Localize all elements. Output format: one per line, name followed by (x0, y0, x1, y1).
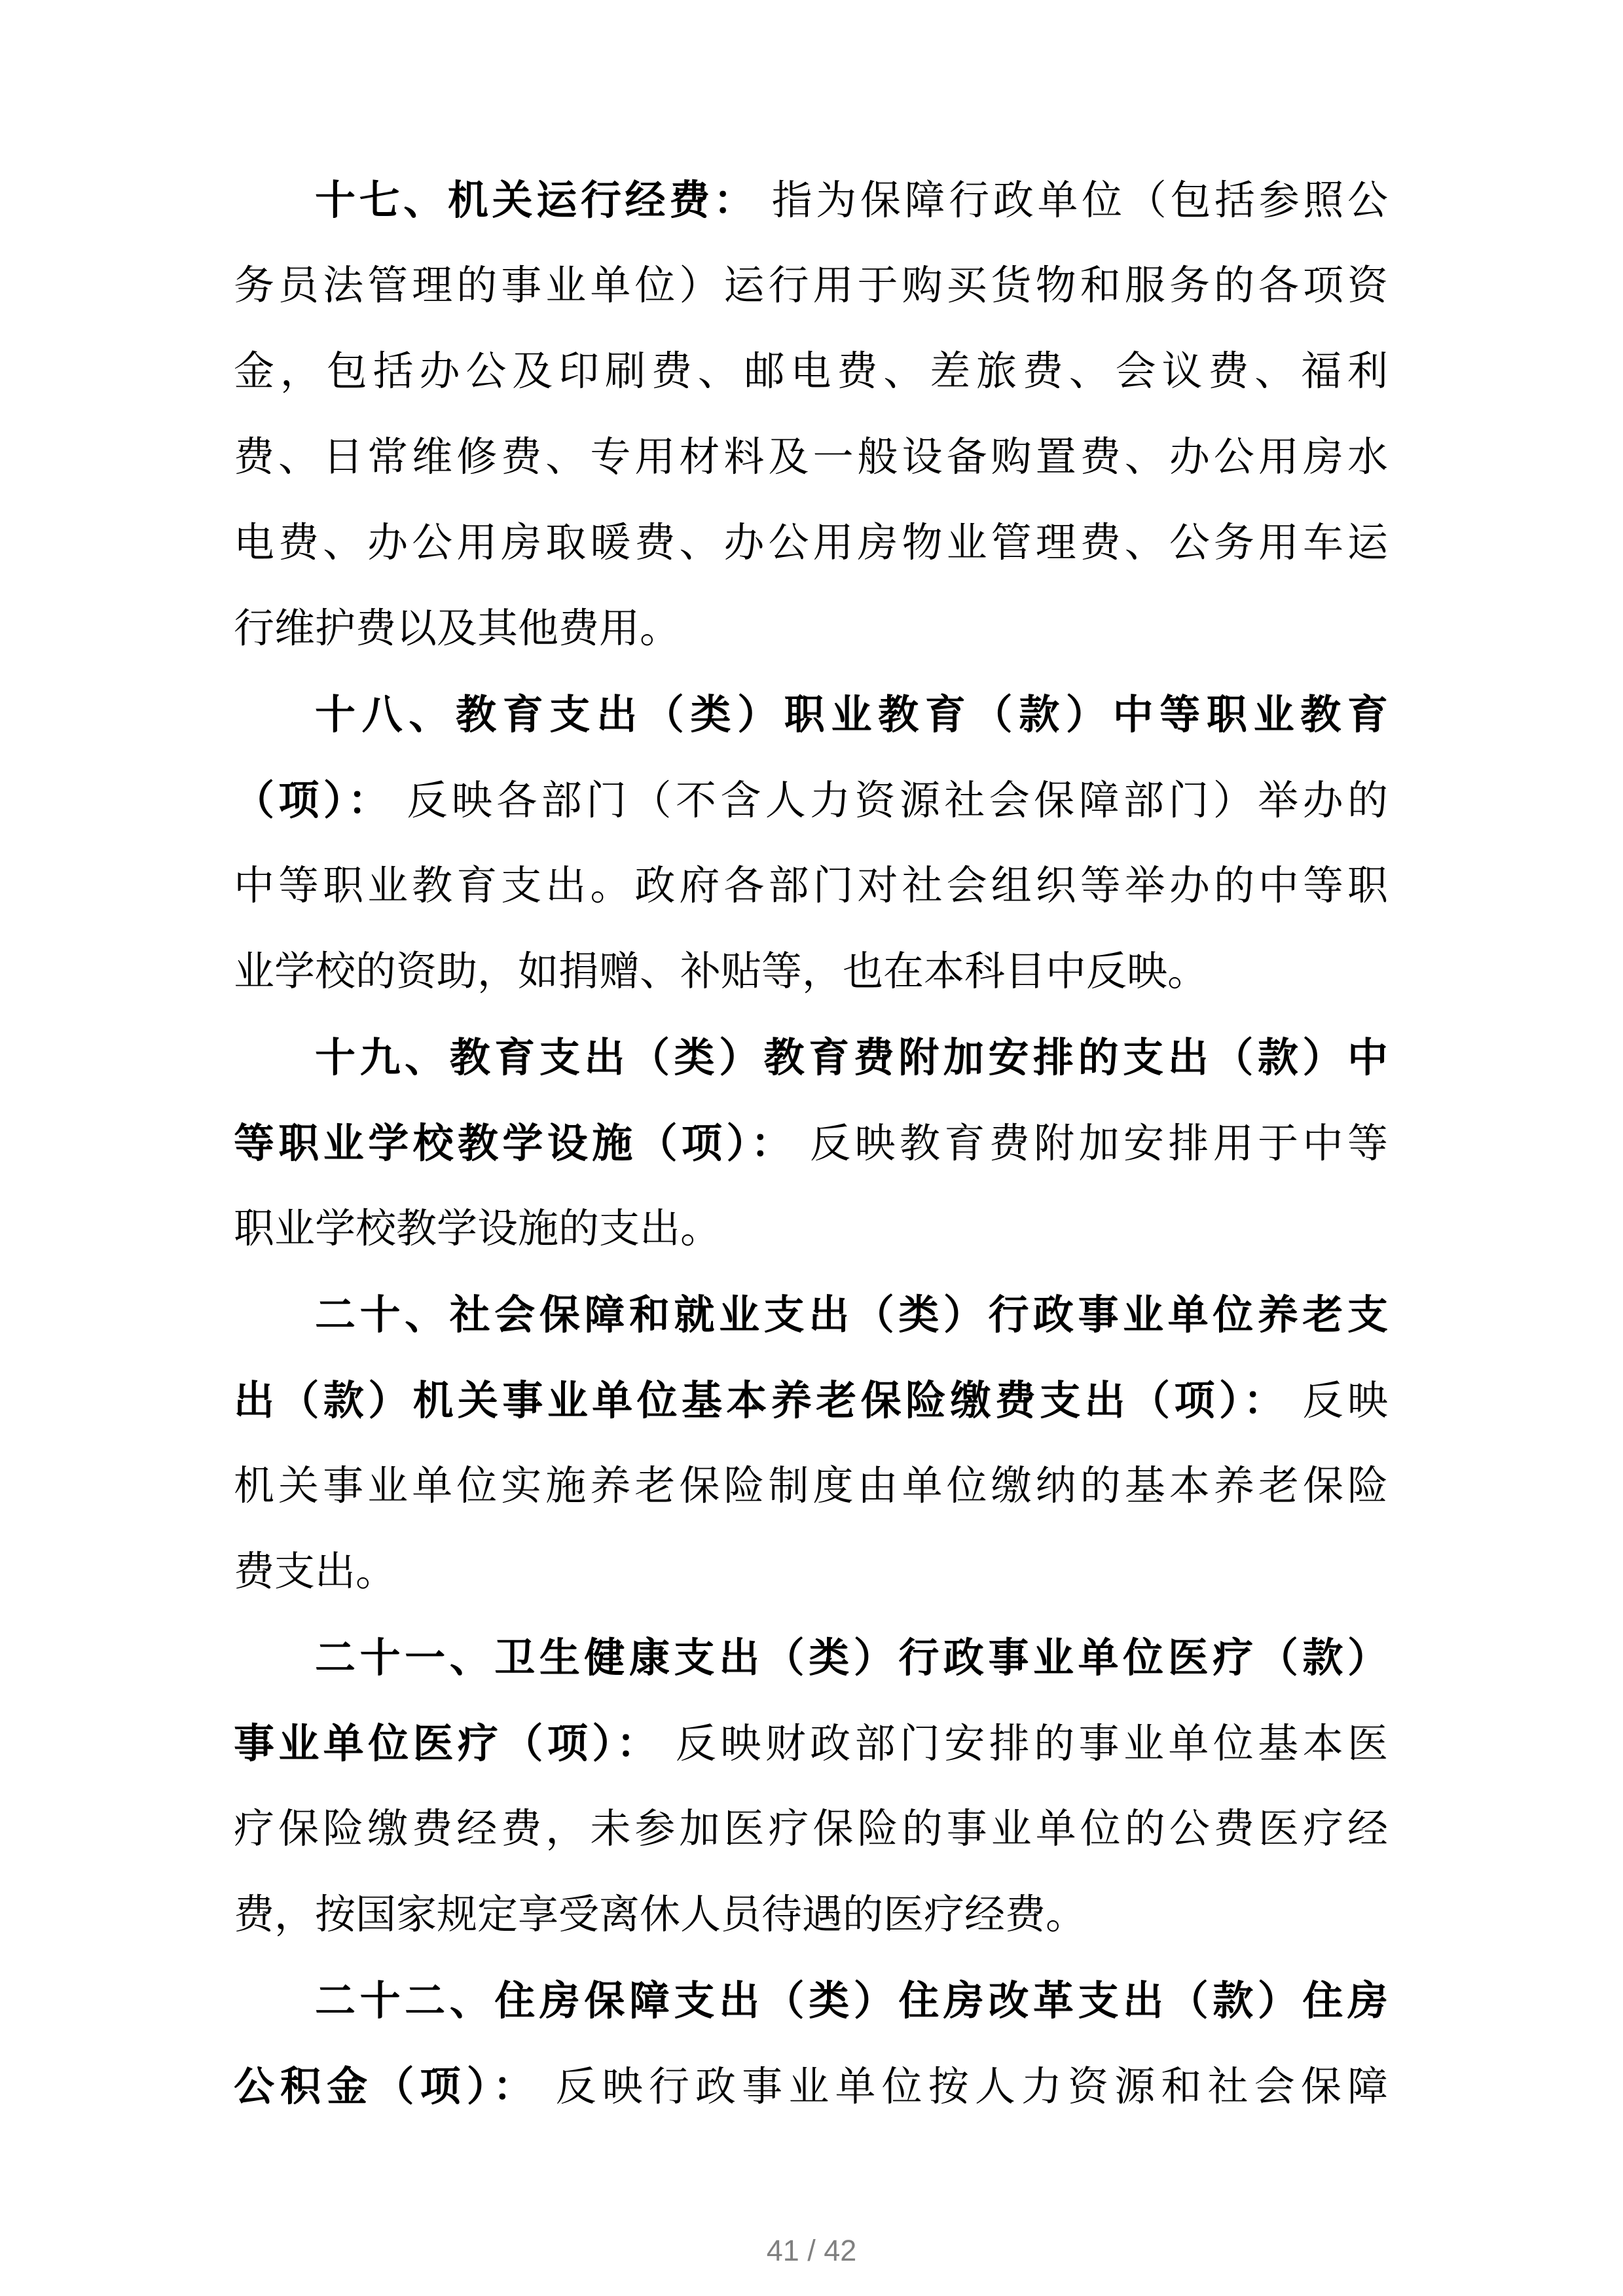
body-text-run: 职业学校教学设施的支出。 (234, 1207, 721, 1251)
text-line: （项）： 反映各部门（不含人力资源社会保障部门）举办的 (234, 758, 1388, 844)
body-text-run: 反映财政部门安排的事业单位基本医 (661, 1722, 1388, 1767)
text-line: 十八、教育支出（类）职业教育（款）中等职业教育 (234, 672, 1388, 758)
section-heading-run: 事业单位医疗（项）： (234, 1721, 661, 1767)
text-line: 机关事业单位实施养老保险制度由单位缴纳的基本养老保险 (234, 1444, 1388, 1530)
text-line: 出（款）机关事业单位基本养老保险缴费支出（项）： 反映 (234, 1358, 1388, 1444)
body-text-run: 反映行政事业单位按人力资源和社会保障 (539, 2065, 1388, 2109)
body-text-run: 机关事业单位实施养老保险制度由单位缴纳的基本养老保险 (234, 1464, 1388, 1509)
text-line: 等职业学校教学设施（项）： 反映教育费附加安排用于中等 (234, 1101, 1388, 1187)
text-line: 二十二、住房保障支出（类）住房改革支出（款）住房 (234, 1958, 1388, 2044)
text-line: 中等职业教育支出。政府各部门对社会组织等举办的中等职 (234, 844, 1388, 929)
body-text-run: 反映教育费附加安排用于中等 (795, 1122, 1388, 1166)
body-text-run: 务员法管理的事业单位）运行用于购买货物和服务的各项资 (234, 264, 1388, 308)
section-heading-run: 十七、机关运行经费： (315, 178, 757, 223)
body-text-run: 电费、办公用房取暖费、办公用房物业管理费、公务用车运 (234, 521, 1388, 565)
text-line: 事业单位医疗（项）： 反映财政部门安排的事业单位基本医 (234, 1701, 1388, 1787)
text-line: 费，按国家规定享受离休人员待遇的医疗经费。 (234, 1873, 1388, 1958)
section-heading-run: （项）： (234, 778, 393, 823)
text-line: 二十、社会保障和就业支出（类）行政事业单位养老支 (234, 1272, 1388, 1358)
section-heading-run: 十八、教育支出（类）职业教育（款）中等职业教育 (315, 692, 1388, 738)
body-text-run: 行维护费以及其他费用。 (234, 607, 680, 651)
section-heading-run: 二十、社会保障和就业支出（类）行政事业单位养老支 (315, 1293, 1388, 1338)
body-text-run: 金，包括办公及印刷费、邮电费、差旅费、会议费、福利 (234, 350, 1388, 394)
text-line: 职业学校教学设施的支出。 (234, 1187, 1388, 1272)
text-line: 公积金（项）： 反映行政事业单位按人力资源和社会保障 (234, 2044, 1388, 2130)
section-heading-run: 出（款）机关事业单位基本养老保险缴费支出（项）： (234, 1378, 1288, 1424)
body-text-run: 费支出。 (234, 1550, 396, 1594)
section-heading-run: 二十二、住房保障支出（类）住房改革支出（款）住房 (315, 1979, 1388, 2024)
text-block: 十七、机关运行经费： 指为保障行政单位（包括参照公务员法管理的事业单位）运行用于… (234, 158, 1388, 2130)
text-line: 行维护费以及其他费用。 (234, 586, 1388, 672)
section-heading-run: 公积金（项）： (234, 2064, 539, 2109)
body-text-run: 反映 (1288, 1379, 1388, 1424)
text-line: 务员法管理的事业单位）运行用于购买货物和服务的各项资 (234, 243, 1388, 329)
section-heading-run: 等职业学校教学设施（项）： (234, 1121, 795, 1166)
section-heading-run: 二十一、卫生健康支出（类）行政事业单位医疗（款） (315, 1636, 1388, 1681)
text-line: 十七、机关运行经费： 指为保障行政单位（包括参照公 (234, 158, 1388, 243)
text-line: 电费、办公用房取暖费、办公用房物业管理费、公务用车运 (234, 501, 1388, 586)
body-text-run: 指为保障行政单位（包括参照公 (757, 179, 1388, 223)
body-text-run: 费，按国家规定享受离休人员待遇的医疗经费。 (234, 1893, 1086, 1937)
body-text-run: 疗保险缴费经费，未参加医疗保险的事业单位的公费医疗经 (234, 1807, 1388, 1852)
text-line: 疗保险缴费经费，未参加医疗保险的事业单位的公费医疗经 (234, 1787, 1388, 1873)
text-line: 费、日常维修费、专用材料及一般设备购置费、办公用房水 (234, 415, 1388, 501)
text-line: 二十一、卫生健康支出（类）行政事业单位医疗（款） (234, 1615, 1388, 1701)
body-text-run: 业学校的资助，如捐赠、补贴等，也在本科目中反映。 (234, 950, 1208, 994)
page-number: 41 / 42 (0, 2231, 1623, 2271)
text-line: 业学校的资助，如捐赠、补贴等，也在本科目中反映。 (234, 929, 1388, 1015)
document-page: 十七、机关运行经费： 指为保障行政单位（包括参照公务员法管理的事业单位）运行用于… (0, 0, 1623, 2296)
text-line: 金，包括办公及印刷费、邮电费、差旅费、会议费、福利 (234, 329, 1388, 415)
text-line: 十九、教育支出（类）教育费附加安排的支出（款）中 (234, 1015, 1388, 1101)
body-text-run: 费、日常维修费、专用材料及一般设备购置费、办公用房水 (234, 435, 1388, 480)
body-text-run: 反映各部门（不含人力资源社会保障部门）举办的 (393, 779, 1388, 823)
section-heading-run: 十九、教育支出（类）教育费附加安排的支出（款）中 (315, 1035, 1388, 1081)
text-line: 费支出。 (234, 1530, 1388, 1615)
body-text-run: 中等职业教育支出。政府各部门对社会组织等举办的中等职 (234, 864, 1388, 908)
